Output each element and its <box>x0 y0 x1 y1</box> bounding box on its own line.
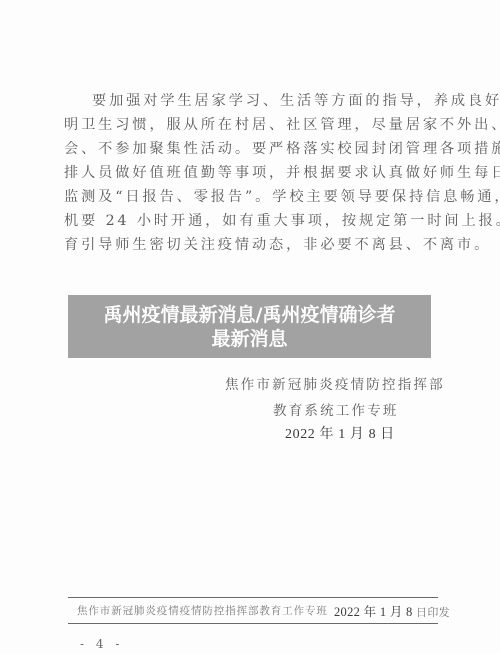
footer-bottom-rule <box>68 623 438 624</box>
banner-title-line-1: 禹州疫情最新消息/禹州疫情确诊者 <box>104 303 396 327</box>
body-line: 要加强对学生居家学习、生活等方面的指导，养成良好的文 <box>64 89 440 113</box>
signature-department: 教育系统工作专班 <box>273 399 399 419</box>
banner-title-line-2: 最新消息 <box>211 327 287 351</box>
title-banner: 禹州疫情最新消息/禹州疫情确诊者 最新消息 <box>68 295 431 358</box>
body-line: 明卫生习惯，服从所在村居、社区管理，尽量居家不外出、不聚 <box>64 113 440 137</box>
body-line: 排人员做好值班值勤等事项，并根据要求认真做好师生每日健康 <box>64 161 440 185</box>
body-line: 育引导师生密切关注疫情动态，非必要不离县、不离市。 <box>64 233 440 257</box>
signature-date: 2022 年 1 月 8 日 <box>285 423 395 443</box>
footer-top-rule <box>68 597 438 598</box>
page-number: - 4 - <box>80 637 123 651</box>
footer-issue-date: 2022 年 1 月 8 日印发 <box>334 602 450 620</box>
body-line: 机要 24 小时开通，如有重大事项，按规定第一时间上报。要教 <box>64 209 440 233</box>
footer-date-text: 2022 年 1 月 8 <box>334 605 413 619</box>
footer-date-suffix: 日印发 <box>416 606 450 619</box>
body-line: 监测及“日报告、零报告”。学校主要领导要保持信息畅通，手 <box>64 185 440 209</box>
document-body: 要加强对学生居家学习、生活等方面的指导，养成良好的文 明卫生习惯，服从所在村居、… <box>64 89 440 257</box>
signature-organization: 焦作市新冠肺炎疫情防控指挥部 <box>225 373 445 393</box>
footer-issuer: 焦作市新冠肺炎疫情疫情防控指挥部教育工作专班 <box>77 603 328 618</box>
body-line: 会、不参加聚集性活动。要严格落实校园封闭管理各项措施，安 <box>64 137 440 161</box>
